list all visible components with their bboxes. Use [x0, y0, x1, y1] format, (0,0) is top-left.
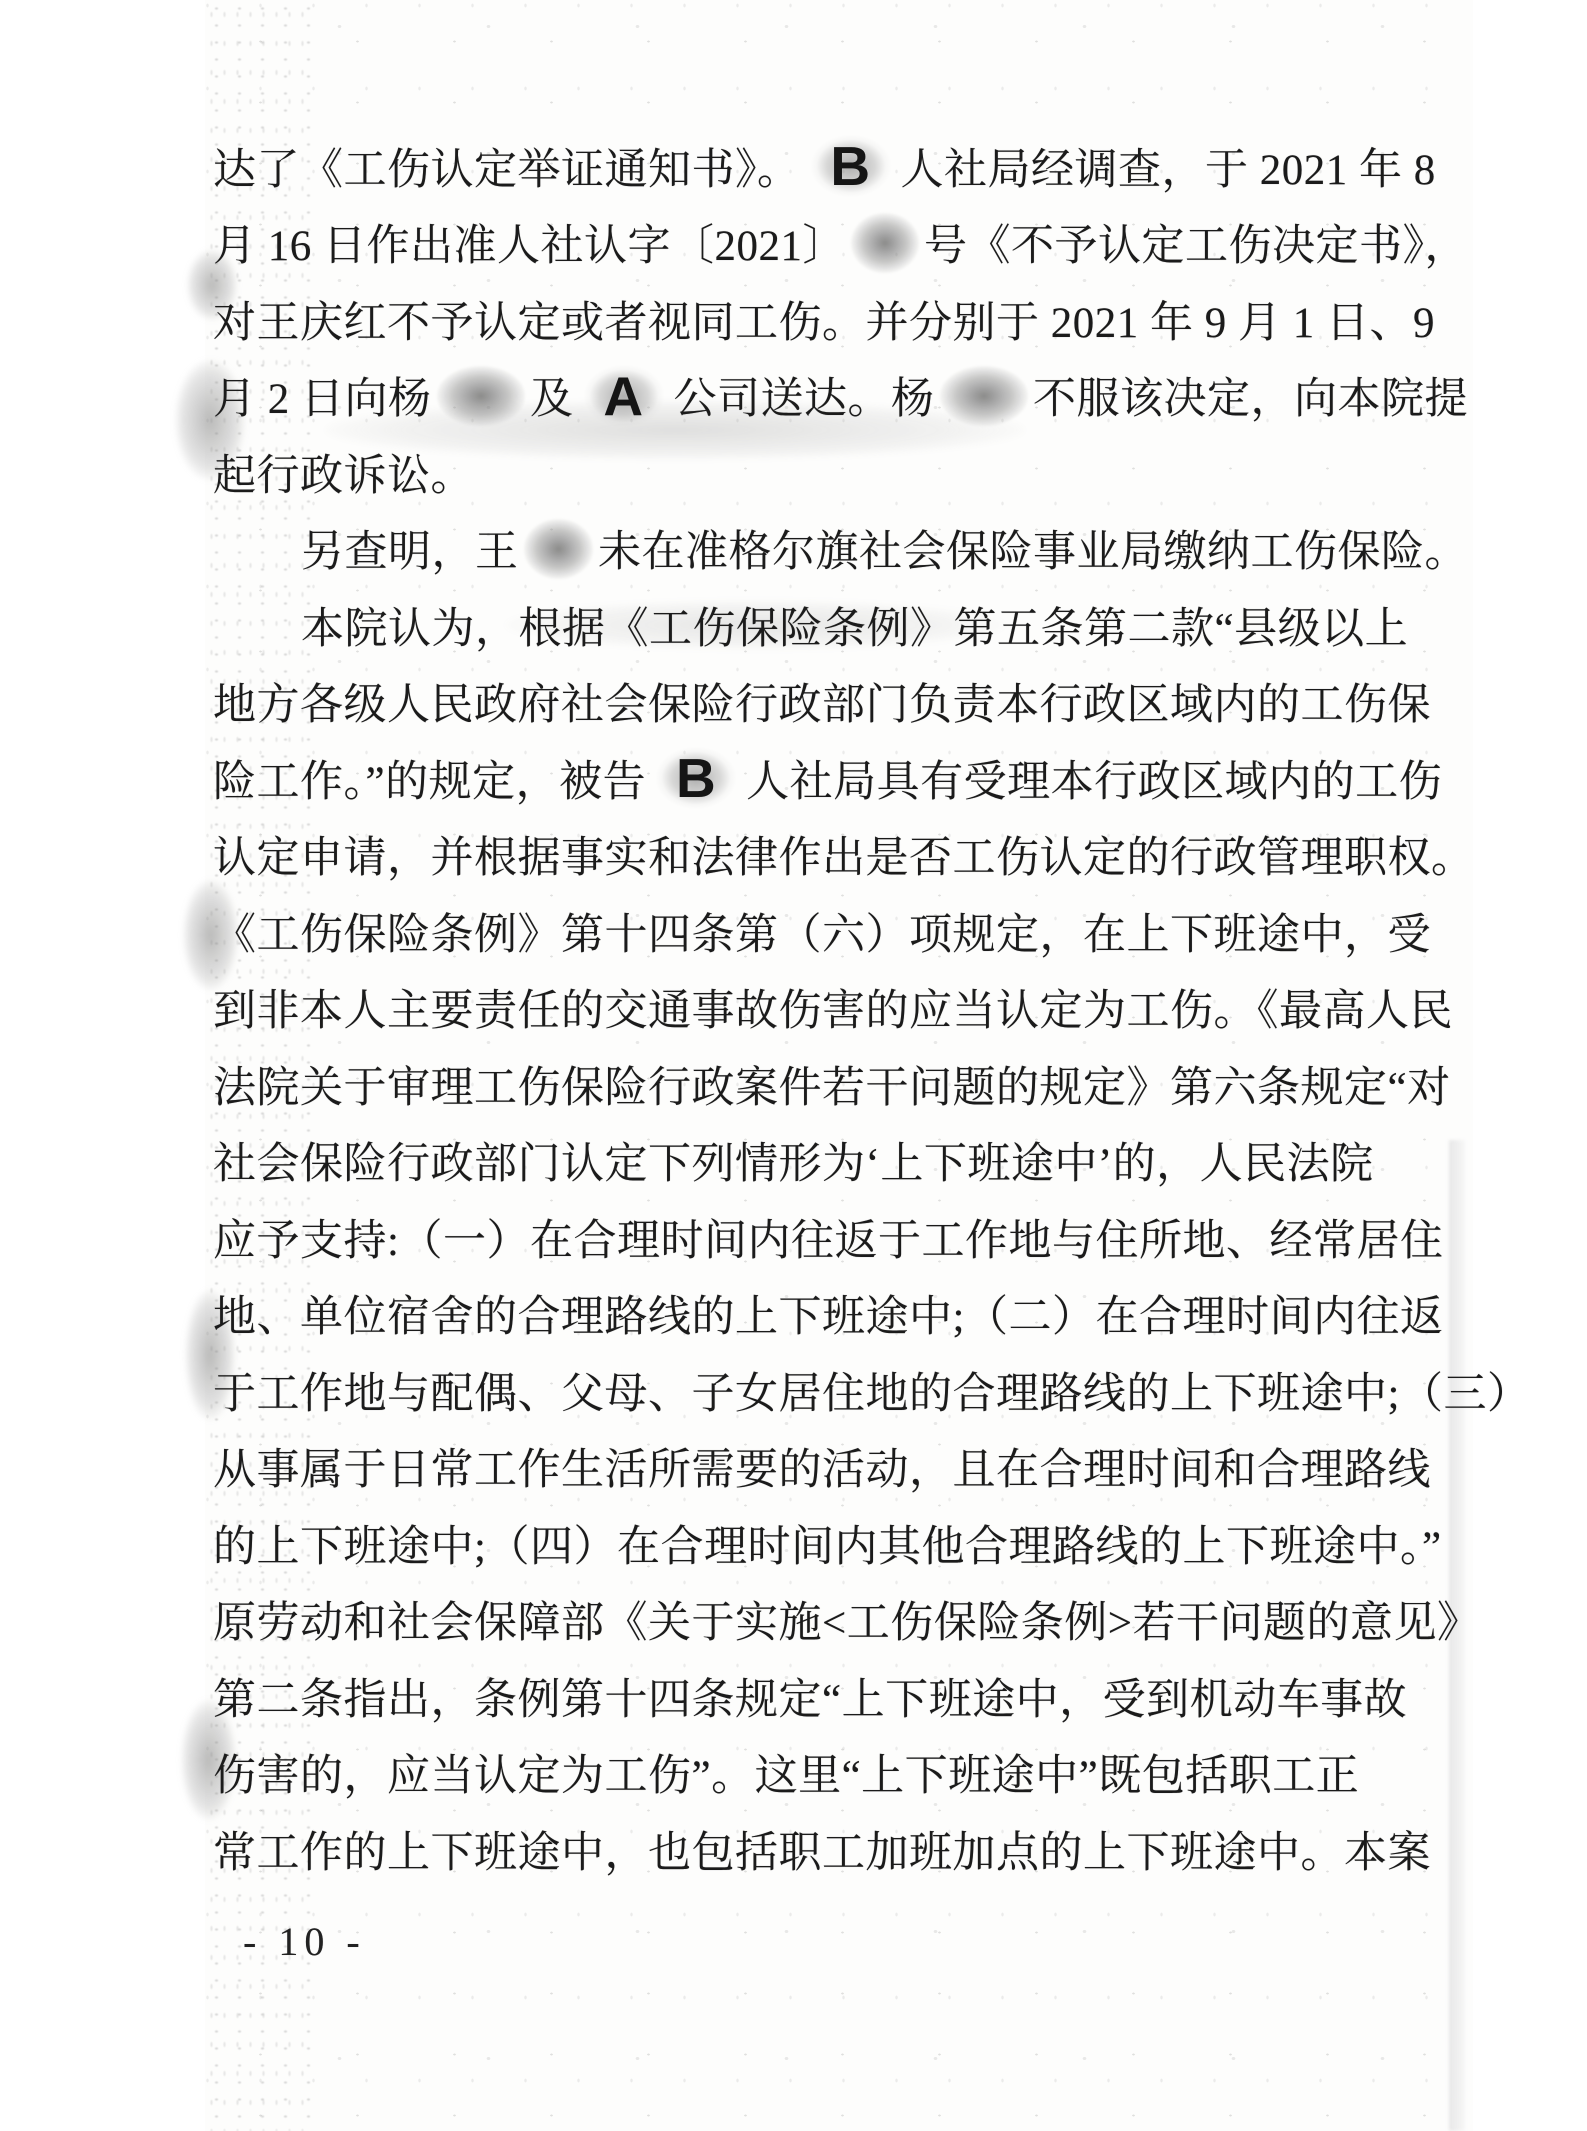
text-line: 本院认为，根据《工伤保险条例》第五条第二款“县级以上: [213, 587, 1468, 664]
text-segment: 法院关于审理工伤保险行政案件若干问题的规定》第六条规定“对: [213, 1054, 1451, 1115]
text-line: 达了《工伤认定举证通知书》。B人社局经调查，于 2021 年 8: [213, 128, 1468, 205]
text-segment: 公司送达。杨: [674, 365, 935, 426]
anonymized-party-letter: A: [576, 359, 672, 433]
text-segment: 地、单位宿舍的合理路线的上下班途中;（二）在合理时间内往返: [213, 1283, 1443, 1344]
text-segment: 达了《工伤认定举证通知书》。: [213, 136, 801, 197]
text-line: 第二条指出，条例第十四条规定“上下班途中，受到机动车事故: [213, 1658, 1468, 1735]
text-segment: 第二条指出，条例第十四条规定“上下班途中，受到机动车事故: [213, 1666, 1407, 1727]
text-segment: 不服该决定，向本院提: [1033, 365, 1468, 426]
text-line: 月 16 日作出准人社认字〔2021〕号《不予认定工伤决定书》，: [213, 205, 1468, 282]
text-line: 起行政诉讼。: [213, 434, 1468, 511]
text-line: 常工作的上下班途中，也包括职工加班加点的上下班途中。本案: [213, 1811, 1468, 1888]
text-segment: 的上下班途中;（四）在合理时间内其他合理路线的上下班途中。”: [213, 1513, 1442, 1574]
text-segment: 月 16 日作出准人社认字〔2021〕: [213, 212, 846, 273]
redaction-blur: [437, 366, 526, 426]
anonymized-party-letter: B: [648, 741, 744, 815]
anonymized-party-letter: B: [803, 129, 899, 203]
text-segment: 另查明，王: [301, 518, 519, 579]
redaction-blur: [851, 213, 919, 273]
text-line: 伤害的，应当认定为工伤”。这里“上下班途中”既包括职工正: [213, 1735, 1468, 1812]
text-segment: 险工作。”的规定，被告: [213, 748, 646, 809]
redaction-blur: [940, 366, 1029, 426]
text-segment: 人社局具有受理本行政区域内的工伤: [746, 748, 1442, 809]
text-line: 从事属于日常工作生活所需要的活动，且在合理时间和合理路线: [213, 1429, 1468, 1506]
text-segment: 认定申请，并根据事实和法律作出是否工伤认定的行政管理职权。: [213, 824, 1475, 885]
text-segment: 于工作地与配偶、父母、子女居住地的合理路线的上下班途中;（三）: [213, 1360, 1530, 1421]
document-text: 达了《工伤认定举证通知书》。B人社局经调查，于 2021 年 8月 16 日作出…: [213, 128, 1468, 1888]
text-segment: 社会保险行政部门认定下列情形为‘上下班途中’的，人民法院: [213, 1130, 1374, 1191]
text-segment: 常工作的上下班途中，也包括职工加班加点的上下班途中。本案: [213, 1819, 1431, 1880]
text-segment: 本院认为，根据《工伤保险条例》第五条第二款“县级以上: [301, 595, 1408, 656]
text-segment: 号《不予认定工伤决定书》，: [924, 212, 1468, 273]
text-line: 地方各级人民政府社会保险行政部门负责本行政区域内的工伤保: [213, 664, 1468, 741]
text-segment: 从事属于日常工作生活所需要的活动，且在合理时间和合理路线: [213, 1436, 1431, 1497]
text-line: 于工作地与配偶、父母、子女居住地的合理路线的上下班途中;（三）: [213, 1352, 1468, 1429]
text-segment: 《工伤保险条例》第十四条第（六）项规定，在上下班途中，受: [213, 901, 1431, 962]
text-line: 到非本人主要责任的交通事故伤害的应当认定为工伤。《最高人民: [213, 970, 1468, 1047]
scanned-document-page: 达了《工伤认定举证通知书》。B人社局经调查，于 2021 年 8月 16 日作出…: [0, 0, 1587, 2131]
text-line: 地、单位宿舍的合理路线的上下班途中;（二）在合理时间内往返: [213, 1276, 1468, 1353]
text-segment: 应予支持:（一）在合理时间内往返于工作地与住所地、经常居住: [213, 1207, 1443, 1268]
text-segment: 到非本人主要责任的交通事故伤害的应当认定为工伤。《最高人民: [213, 977, 1453, 1038]
text-line: 的上下班途中;（四）在合理时间内其他合理路线的上下班途中。”: [213, 1505, 1468, 1582]
text-line: 《工伤保险条例》第十四条第（六）项规定，在上下班途中，受: [213, 893, 1468, 970]
text-line: 月 2 日向杨及A公司送达。杨不服该决定，向本院提: [213, 358, 1468, 435]
text-line: 应予支持:（一）在合理时间内往返于工作地与住所地、经常居住: [213, 1199, 1468, 1276]
text-segment: 起行政诉讼。: [213, 442, 474, 503]
text-line: 法院关于审理工伤保险行政案件若干问题的规定》第六条规定“对: [213, 1046, 1468, 1123]
text-segment: 人社局经调查，于 2021 年 8: [901, 136, 1436, 197]
text-line: 认定申请，并根据事实和法律作出是否工伤认定的行政管理职权。: [213, 817, 1468, 894]
text-segment: 及: [530, 365, 574, 426]
text-line: 原劳动和社会保障部《关于实施<工伤保险条例>若干问题的意见》: [213, 1582, 1468, 1659]
text-line: 社会保险行政部门认定下列情形为‘上下班途中’的，人民法院: [213, 1123, 1468, 1200]
text-segment: 地方各级人民政府社会保险行政部门负责本行政区域内的工伤保: [213, 671, 1431, 732]
text-segment: 原劳动和社会保障部《关于实施<工伤保险条例>若干问题的意见》: [213, 1589, 1481, 1650]
scan-area: 达了《工伤认定举证通知书》。B人社局经调查，于 2021 年 8月 16 日作出…: [205, 0, 1473, 2131]
text-segment: 月 2 日向杨: [213, 365, 432, 426]
text-line: 对王庆红不予认定或者视同工伤。并分别于 2021 年 9 月 1 日、9: [213, 281, 1468, 358]
text-segment: 未在准格尔旗社会保险事业局缴纳工伤保险。: [598, 518, 1468, 579]
text-segment: 对王庆红不予认定或者视同工伤。并分别于 2021 年 9 月 1 日、9: [213, 289, 1435, 350]
text-line: 险工作。”的规定，被告B人社局具有受理本行政区域内的工伤: [213, 740, 1468, 817]
text-line: 另查明，王未在准格尔旗社会保险事业局缴纳工伤保险。: [213, 511, 1468, 588]
page-number: - 10 -: [243, 1918, 366, 1965]
text-segment: 伤害的，应当认定为工伤”。这里“上下班途中”既包括职工正: [213, 1742, 1359, 1803]
redaction-blur: [524, 519, 594, 579]
